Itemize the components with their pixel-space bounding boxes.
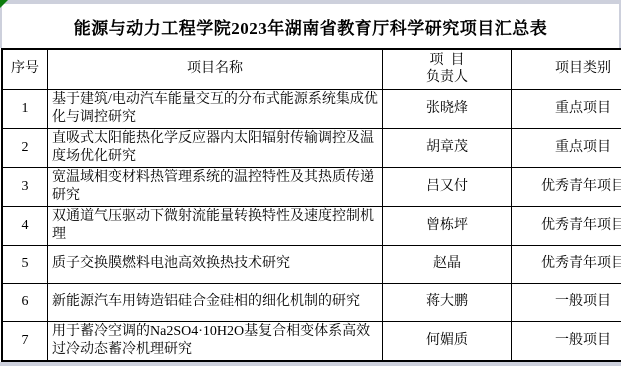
cell-project-name: 基于建筑/电动汽车能量交互的分布式能源系统集成优化与调控研究 xyxy=(48,89,383,128)
header-project-leader-line2: 负责人 xyxy=(387,69,507,86)
cell-serial-number: 6 xyxy=(2,283,48,321)
cell-project-category: 一般项目 xyxy=(512,283,621,321)
cell-project-category: 一般项目 xyxy=(512,321,621,361)
cell-project-category: 优秀青年项目 xyxy=(512,167,621,206)
header-project-leader-line1: 项 目 xyxy=(387,52,507,69)
header-row: 序号 项目名称 项 目 负责人 项目类别 xyxy=(2,49,621,89)
cell-project-leader: 赵晶 xyxy=(383,245,512,283)
header-serial-number: 序号 xyxy=(2,49,48,89)
table-row: 3宽温域相变材料热管理系统的温控特性及其热质传递研究吕又付优秀青年项目 xyxy=(2,167,621,206)
table-title: 能源与动力工程学院2023年湖南省教育厅科学研究项目汇总表 xyxy=(74,14,548,39)
projects-table: 序号 项目名称 项 目 负责人 项目类别 1基于建筑/电动汽车能量交互的分布式能… xyxy=(1,48,621,362)
cell-project-name: 双通道气压驱动下微射流能量转换特性及速度控制机理 xyxy=(48,206,383,245)
cell-serial-number: 4 xyxy=(2,206,48,245)
cell-project-name: 宽温域相变材料热管理系统的温控特性及其热质传递研究 xyxy=(48,167,383,206)
header-project-category: 项目类别 xyxy=(512,49,621,89)
cell-project-leader: 何媚质 xyxy=(383,321,512,361)
table-row: 7用于蓄冷空调的Na2SO4·10H2O基复合相变体系高效过冷动态蓄冷机理研究何… xyxy=(2,321,621,361)
cell-project-category: 优秀青年项目 xyxy=(512,206,621,245)
cell-serial-number: 2 xyxy=(2,128,48,167)
cell-serial-number: 1 xyxy=(2,89,48,128)
cell-project-name: 直吸式太阳能热化学反应器内太阳辐射传输调控及温度场优化研究 xyxy=(48,128,383,167)
table-title-bar: 能源与动力工程学院2023年湖南省教育厅科学研究项目汇总表 xyxy=(2,4,619,48)
cell-project-leader: 吕又付 xyxy=(383,167,512,206)
table-row: 1基于建筑/电动汽车能量交互的分布式能源系统集成优化与调控研究张晓烽重点项目 xyxy=(2,89,621,128)
cell-serial-number: 5 xyxy=(2,245,48,283)
cell-project-leader: 张晓烽 xyxy=(383,89,512,128)
cell-project-leader: 曾栋坪 xyxy=(383,206,512,245)
header-project-leader: 项 目 负责人 xyxy=(383,49,512,89)
cell-project-name: 新能源汽车用铸造铝硅合金硅相的细化机制的研究 xyxy=(48,283,383,321)
table-body: 1基于建筑/电动汽车能量交互的分布式能源系统集成优化与调控研究张晓烽重点项目2直… xyxy=(2,89,621,361)
cell-project-category: 优秀青年项目 xyxy=(512,245,621,283)
table-row: 5质子交换膜燃料电池高效换热技术研究赵晶优秀青年项目 xyxy=(2,245,621,283)
table-row: 2直吸式太阳能热化学反应器内太阳辐射传输调控及温度场优化研究胡章茂重点项目 xyxy=(2,128,621,167)
cell-project-leader: 蒋大鹏 xyxy=(383,283,512,321)
cell-serial-number: 3 xyxy=(2,167,48,206)
cell-project-leader: 胡章茂 xyxy=(383,128,512,167)
cell-project-name: 质子交换膜燃料电池高效换热技术研究 xyxy=(48,245,383,283)
cell-serial-number: 7 xyxy=(2,321,48,361)
table-row: 6新能源汽车用铸造铝硅合金硅相的细化机制的研究蒋大鹏一般项目 xyxy=(2,283,621,321)
page: { "page": { "background_color": "#ffffff… xyxy=(0,0,621,366)
cell-project-category: 重点项目 xyxy=(512,128,621,167)
window-edge-bottom xyxy=(0,362,621,366)
cell-project-category: 重点项目 xyxy=(512,89,621,128)
header-project-name: 项目名称 xyxy=(48,49,383,89)
table-row: 4双通道气压驱动下微射流能量转换特性及速度控制机理曾栋坪优秀青年项目 xyxy=(2,206,621,245)
cell-project-name: 用于蓄冷空调的Na2SO4·10H2O基复合相变体系高效过冷动态蓄冷机理研究 xyxy=(48,321,383,361)
